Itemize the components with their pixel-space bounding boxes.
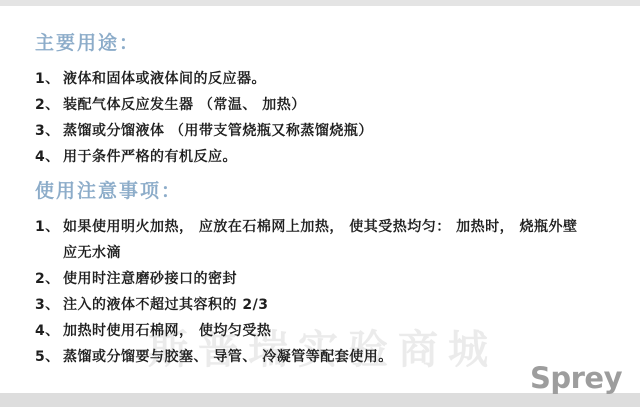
- item-number: 1、: [35, 66, 63, 92]
- item-number: 3、: [35, 292, 63, 318]
- list-item: 2、 装配气体反应发生器 （常温、 加热）: [35, 92, 610, 118]
- item-number: 2、: [35, 266, 63, 292]
- item-number: 3、: [35, 118, 63, 144]
- item-number: 4、: [35, 144, 63, 170]
- item-text: 液体和固体或液体间的反应器。: [63, 66, 591, 92]
- item-text: 如果使用明火加热， 应放在石棉网上加热， 使其受热均匀： 加热时， 烧瓶外壁应无…: [63, 214, 591, 266]
- list-item: 1、 如果使用明火加热， 应放在石棉网上加热， 使其受热均匀： 加热时， 烧瓶外…: [35, 214, 610, 266]
- list-item: 5、 蒸馏或分馏要与胶塞、 导管、 冷凝管等配套使用。: [35, 344, 610, 370]
- document-page: 斯普瑞实验商城 主要用途： 1、 液体和固体或液体间的反应器。 2、 装配气体反…: [0, 0, 640, 407]
- list-item: 3、 蒸馏或分馏液体 （用带支管烧瓶又称蒸馏烧瓶）: [35, 118, 610, 144]
- item-number: 5、: [35, 344, 63, 370]
- item-text: 用于条件严格的有机反应。: [63, 144, 591, 170]
- brand-logo: Sprey: [530, 361, 622, 395]
- item-text: 蒸馏或分馏要与胶塞、 导管、 冷凝管等配套使用。: [63, 344, 591, 370]
- precautions-list: 1、 如果使用明火加热， 应放在石棉网上加热， 使其受热均匀： 加热时， 烧瓶外…: [35, 214, 610, 370]
- list-item: 4、 用于条件严格的有机反应。: [35, 144, 610, 170]
- item-text: 蒸馏或分馏液体 （用带支管烧瓶又称蒸馏烧瓶）: [63, 118, 591, 144]
- main-uses-heading: 主要用途：: [35, 30, 610, 56]
- item-text: 加热时使用石棉网， 使均匀受热: [63, 318, 591, 344]
- item-number: 1、: [35, 214, 63, 240]
- list-item: 3、 注入的液体不超过其容积的 2/3: [35, 292, 610, 318]
- precautions-section: 使用注意事项： 1、 如果使用明火加热， 应放在石棉网上加热， 使其受热均匀： …: [35, 178, 610, 370]
- item-text: 使用时注意磨砂接口的密封: [63, 266, 591, 292]
- main-uses-list: 1、 液体和固体或液体间的反应器。 2、 装配气体反应发生器 （常温、 加热） …: [35, 66, 610, 170]
- item-text: 装配气体反应发生器 （常温、 加热）: [63, 92, 591, 118]
- list-item: 1、 液体和固体或液体间的反应器。: [35, 66, 610, 92]
- item-number: 2、: [35, 92, 63, 118]
- list-item: 4、 加热时使用石棉网， 使均匀受热: [35, 318, 610, 344]
- list-item: 2、 使用时注意磨砂接口的密封: [35, 266, 610, 292]
- item-text: 注入的液体不超过其容积的 2/3: [63, 292, 591, 318]
- document-content: 主要用途： 1、 液体和固体或液体间的反应器。 2、 装配气体反应发生器 （常温…: [35, 30, 610, 378]
- top-edge-bar: [0, 0, 640, 6]
- precautions-heading: 使用注意事项：: [35, 178, 610, 204]
- item-number: 4、: [35, 318, 63, 344]
- bottom-edge-bar: [0, 393, 640, 407]
